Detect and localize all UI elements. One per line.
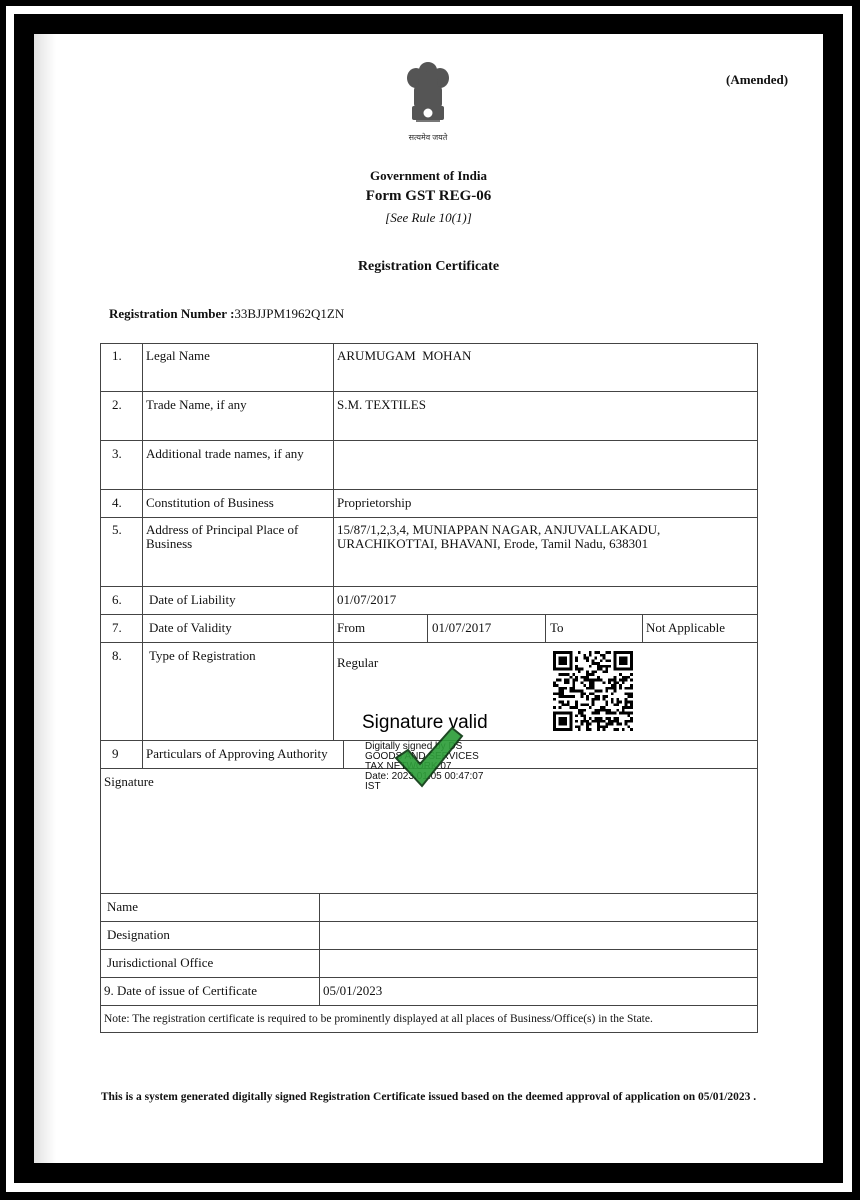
signature-label: Signature [104,775,154,789]
svg-text:सत्यमेव जयते: सत्यमेव जयते [409,132,448,142]
issue-date-label: 9. Date of issue of Certificate [104,984,257,998]
qr-code-icon [553,651,633,731]
additional-trade-names-label: Additional trade names, if any [146,447,304,461]
registration-type-label: Type of Registration [149,649,256,663]
designation-label: Designation [107,928,170,942]
row-number: 3. [112,447,122,461]
validity-from-value: 01/07/2017 [432,621,491,635]
date-of-validity-label: Date of Validity [149,621,232,635]
display-note: Note: The registration certificate is re… [104,1012,653,1026]
row-number: 1. [112,349,122,363]
legal-name-label: Legal Name [146,349,210,363]
certificate-page: सत्यमेव जयते (Amended) Government of Ind… [34,34,823,1163]
issue-date-value: 05/01/2023 [323,984,382,998]
validity-from-label: From [337,621,365,635]
constitution-label: Constitution of Business [146,496,274,510]
form-title: Form GST REG-06 [34,188,823,205]
national-emblem-icon: सत्यमेव जयते [402,56,454,146]
trade-name-label: Trade Name, if any [146,398,247,412]
registration-number-value: 33BJJPM1962Q1ZN [234,306,344,321]
validity-to-label: To [550,621,564,635]
constitution-value: Proprietorship [337,496,411,510]
name-label: Name [107,900,138,914]
trade-name-value: S.M. TEXTILES [337,398,426,412]
signature-valid-check-icon [390,724,466,790]
date-of-liability-value: 01/07/2017 [337,593,396,607]
registration-type-value: Regular [337,656,378,670]
row-number: 5. [112,523,122,537]
address-line-1: 15/87/1,2,3,4, MUNIAPPAN NAGAR, ANJUVALL… [337,523,660,537]
registration-number-label: Registration Number : [109,306,234,321]
amended-label: (Amended) [726,72,788,88]
jurisdictional-office-label: Jurisdictional Office [107,956,213,970]
row-number: 9 [112,747,119,761]
certificate-title: Registration Certificate [34,259,823,275]
government-heading: Government of India [34,168,823,184]
approving-authority-label: Particulars of Approving Authority [146,747,328,761]
row-number: 4. [112,496,122,510]
rule-reference: [See Rule 10(1)] [34,210,823,226]
registration-number: Registration Number :33BJJPM1962Q1ZN [109,306,344,322]
row-number: 8. [112,649,122,663]
address-label: Address of Principal Place of Business [146,523,326,551]
date-of-liability-label: Date of Liability [149,593,236,607]
row-number: 7. [112,621,122,635]
footer-statement: This is a system generated digitally sig… [34,1091,823,1103]
legal-name-value: ARUMUGAM MOHAN [337,349,471,363]
row-number: 2. [112,398,122,412]
row-number: 6. [112,593,122,607]
validity-to-value: Not Applicable [646,621,725,635]
address-line-2: URACHIKOTTAI, BHAVANI, Erode, Tamil Nadu… [337,537,648,551]
